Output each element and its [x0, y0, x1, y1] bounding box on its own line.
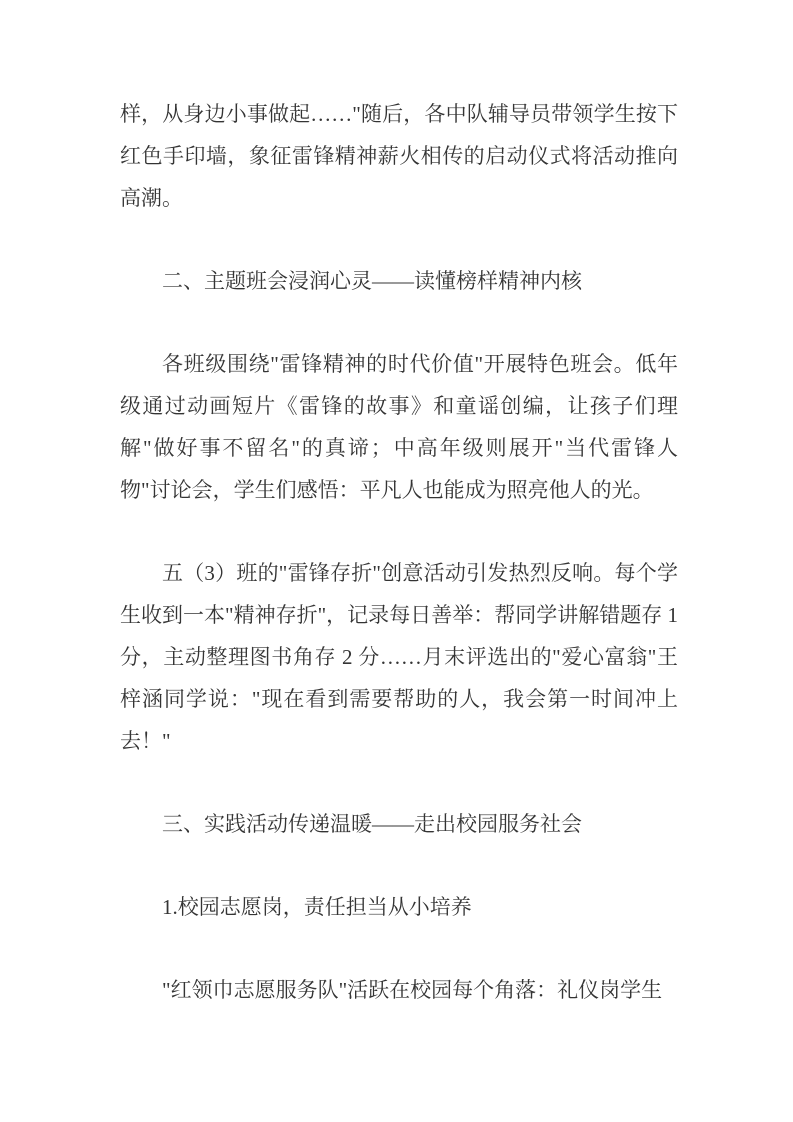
section-heading: 三、实践活动传递温暖——走出校园服务社会: [120, 803, 678, 845]
document-body: 样，从身边小事做起……"随后，各中队辅导员带领学生按下红色手印墙，象征雷锋精神薪…: [120, 93, 678, 1011]
sub-heading: 1.校园志愿岗，责任担当从小培养: [120, 886, 678, 928]
paragraph: 各班级围绕"雷锋精神的时代价值"开展特色班会。低年级通过动画短片《雷锋的故事》和…: [120, 343, 678, 511]
paragraph: 样，从身边小事做起……"随后，各中队辅导员带领学生按下红色手印墙，象征雷锋精神薪…: [120, 93, 678, 219]
paragraph: 五（3）班的"雷锋存折"创意活动引发热烈反响。每个学生收到一本"精神存折"，记录…: [120, 552, 678, 762]
document-page: 样，从身边小事做起……"随后，各中队辅导员带领学生按下红色手印墙，象征雷锋精神薪…: [0, 0, 793, 1122]
paragraph: "红领巾志愿服务队"活跃在校园每个角落：礼仪岗学生: [120, 969, 678, 1011]
section-heading: 二、主题班会浸润心灵——读懂榜样精神内核: [120, 260, 678, 302]
